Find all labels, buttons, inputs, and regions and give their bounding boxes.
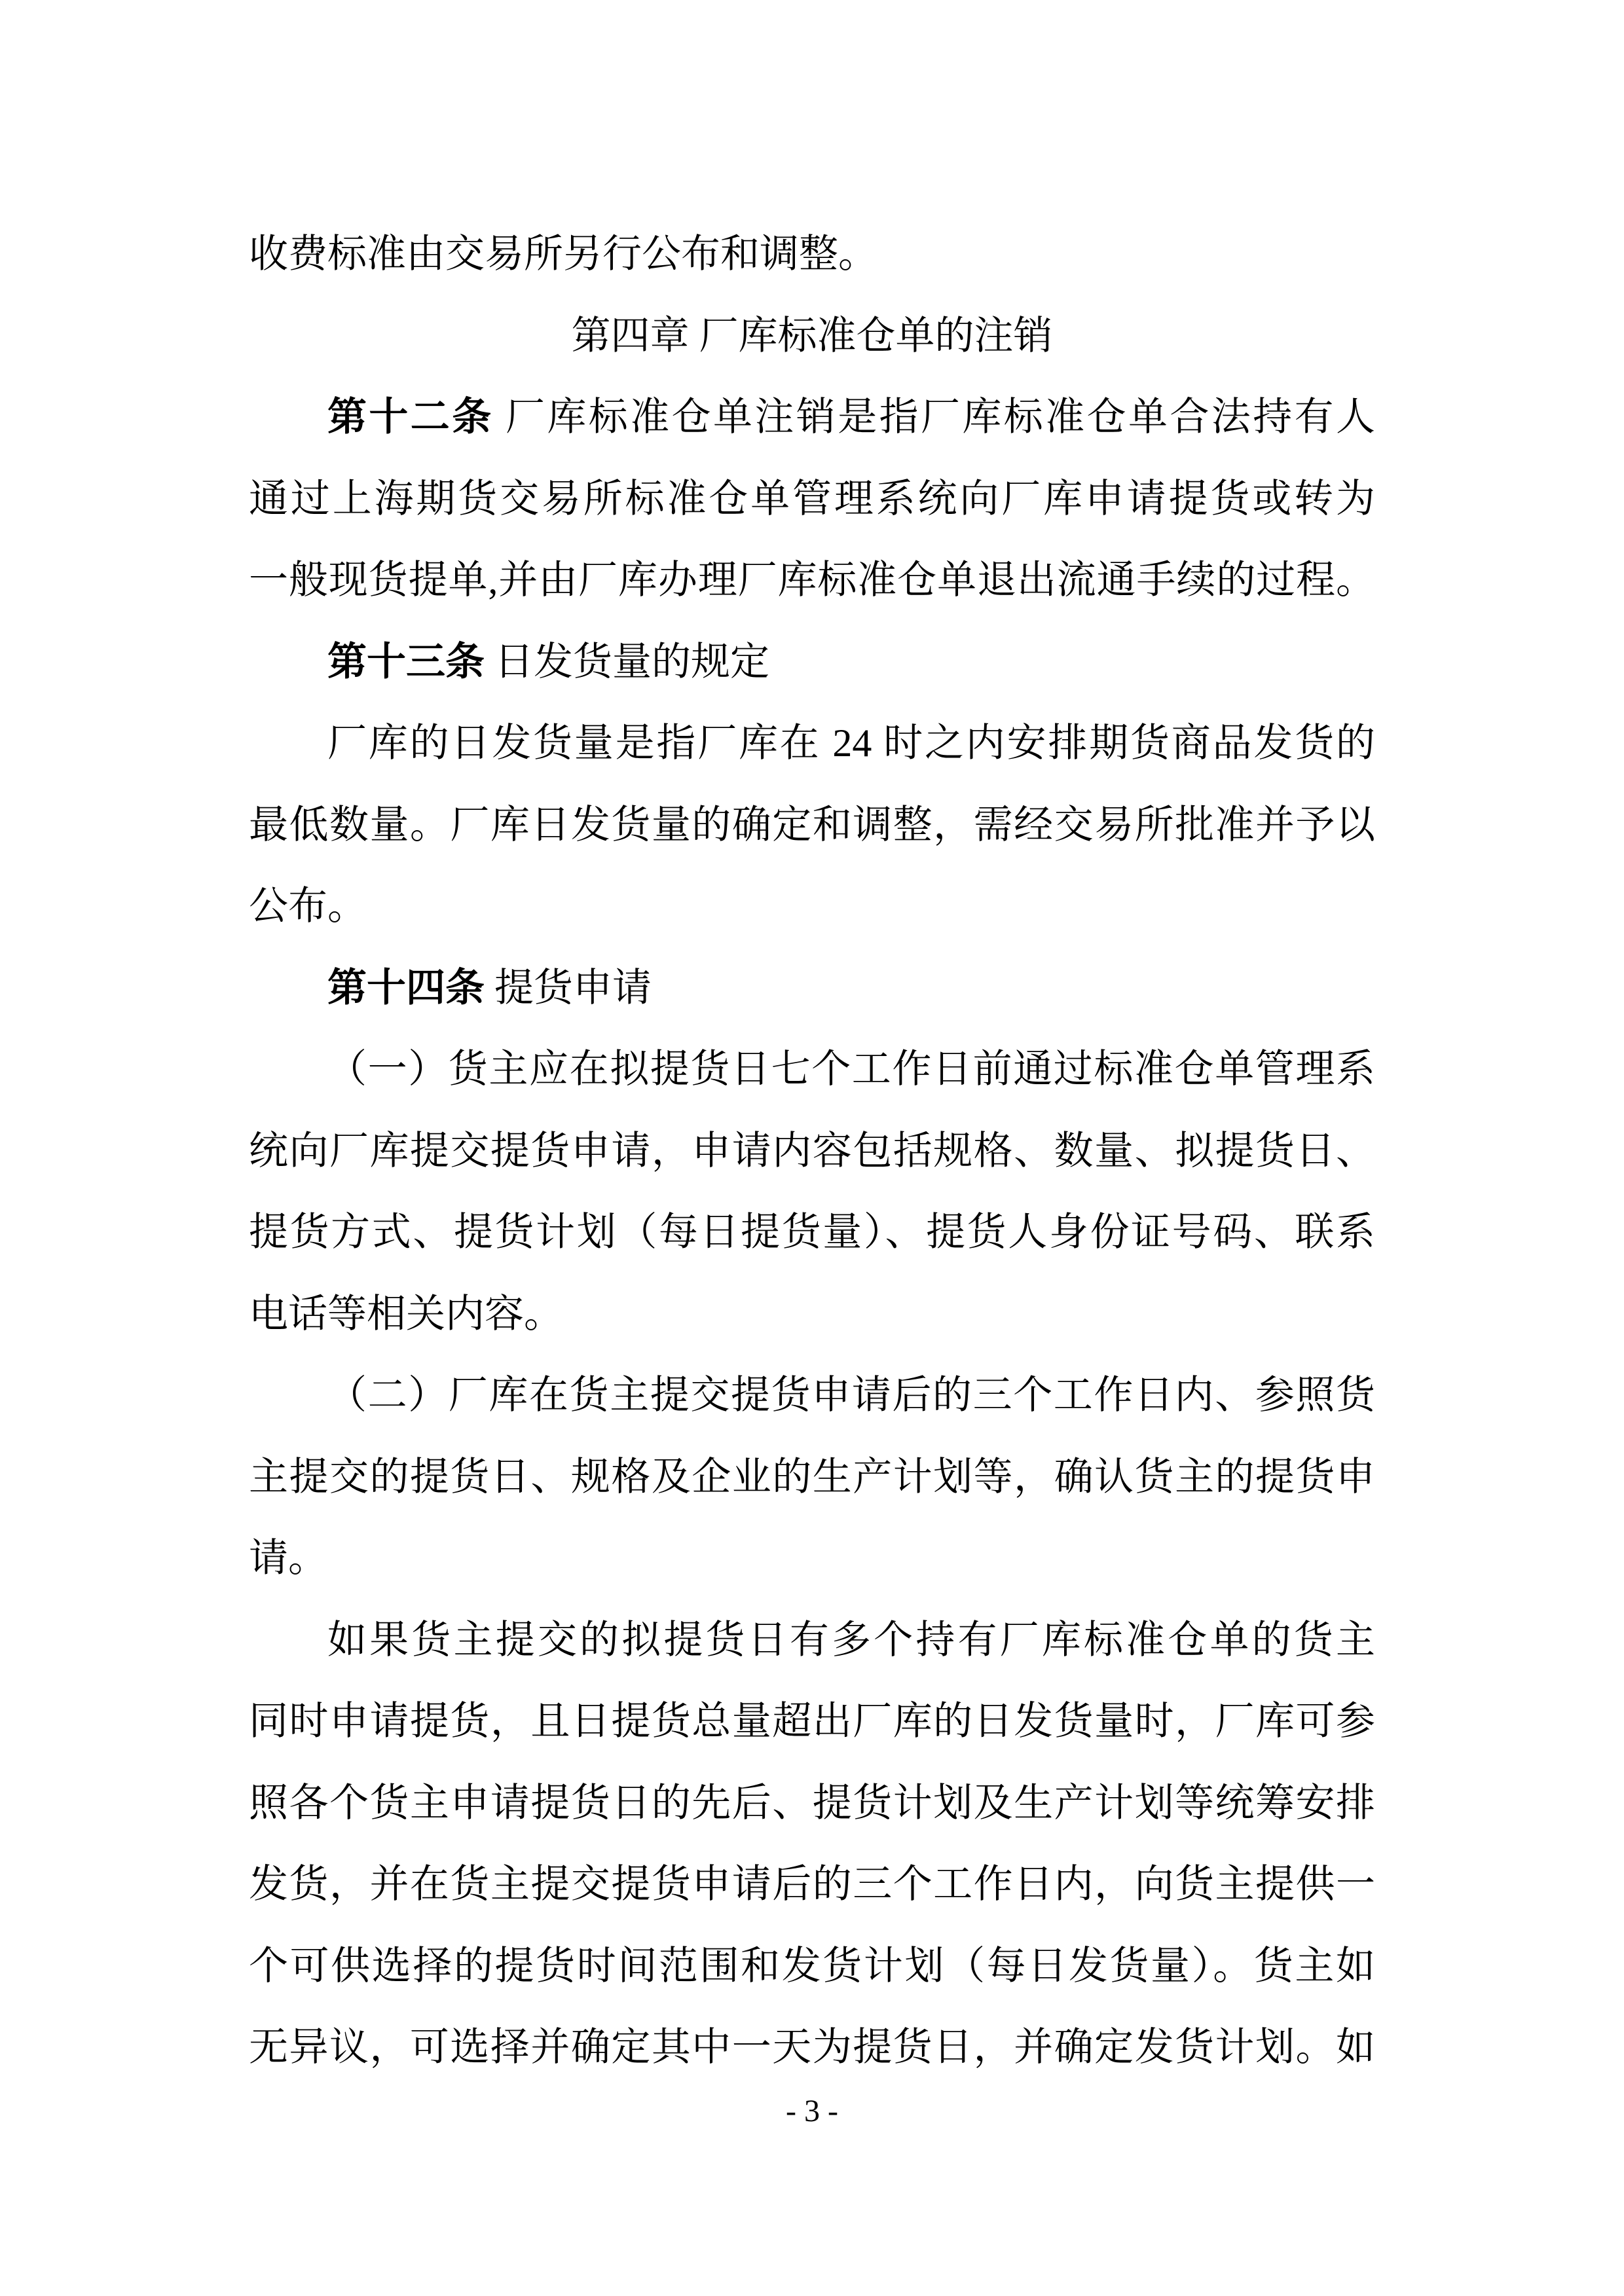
text-line: （一）货主应在拟提货日七个工作日前通过标准仓单管理系 <box>249 1029 1375 1110</box>
text-line: 同时申请提货，且日提货总量超出厂库的日发货量时，厂库可参 <box>249 1681 1375 1762</box>
line-text: 收费标准由交易所另行公布和调整。 <box>249 232 877 276</box>
text-line: 通过上海期货交易所标准仓单管理系统向厂库申请提货或转为 <box>249 458 1375 540</box>
text-line: 第十二条 厂库标准仓单注销是指厂库标准仓单合法持有人 <box>249 376 1375 458</box>
article-number: 第十三条 <box>327 640 485 683</box>
text-line: 如果货主提交的拟提货日有多个持有厂库标准仓单的货主 <box>249 1599 1375 1681</box>
document-body: 收费标准由交易所另行公布和调整。 第四章 厂库标准仓单的注销 第十二条 厂库标准… <box>249 213 1375 2088</box>
text-line: 第十三条 日发货量的规定 <box>249 621 1375 703</box>
text-line: 最低数量。厂库日发货量的确定和调整，需经交易所批准并予以 <box>249 784 1375 866</box>
line-text: 一般现货提单,并由厂库办理厂库标准仓单退出流通手续的过程。 <box>249 558 1375 602</box>
article-number: 第十二条 <box>327 395 494 439</box>
text-line: 厂库的日发货量是指厂库在 24 时之内安排期货商品发货的 <box>249 702 1375 784</box>
chapter-heading: 第四章 厂库标准仓单的注销 <box>249 295 1375 377</box>
text-line: 统向厂库提交提货申请，申请内容包括规格、数量、拟提货日、 <box>249 1110 1375 1192</box>
line-text: 个可供选择的提货时间范围和发货计划（每日发货量）。货主如 <box>249 1944 1375 1988</box>
line-text: 如果货主提交的拟提货日有多个持有厂库标准仓单的货主 <box>327 1618 1375 1662</box>
line-text: （二）厂库在货主提交提货申请后的三个工作日内、参照货 <box>327 1374 1375 1417</box>
line-text: 日发货量的规定 <box>485 640 769 683</box>
line-text: 同时申请提货，且日提货总量超出厂库的日发货量时，厂库可参 <box>249 1700 1375 1743</box>
text-line: 照各个货主申请提货日的先后、提货计划及生产计划等统筹安排 <box>249 1762 1375 1844</box>
line-text: 电话等相关内容。 <box>249 1292 563 1336</box>
chapter-heading-text: 第四章 厂库标准仓单的注销 <box>572 314 1053 357</box>
text-line: 无异议，可选择并确定其中一天为提货日，并确定发货计划。如 <box>249 2007 1375 2088</box>
line-text: 通过上海期货交易所标准仓单管理系统向厂库申请提货或转为 <box>249 477 1375 520</box>
line-text: 厂库的日发货量是指厂库在 24 时之内安排期货商品发货的 <box>327 721 1375 765</box>
line-text: 照各个货主申请提货日的先后、提货计划及生产计划等统筹安排 <box>249 1781 1375 1825</box>
text-line: 发货，并在货主提交提货申请后的三个工作日内，向货主提供一 <box>249 1844 1375 1925</box>
text-line: 一般现货提单,并由厂库办理厂库标准仓单退出流通手续的过程。 <box>249 539 1375 621</box>
text-line: 请。 <box>249 1518 1375 1599</box>
text-line: 第十四条 提货申请 <box>249 947 1375 1029</box>
line-text: 厂库标准仓单注销是指厂库标准仓单合法持有人 <box>494 395 1375 439</box>
page-number: - 3 - <box>0 2092 1624 2130</box>
text-line: 公布。 <box>249 866 1375 947</box>
line-text: 请。 <box>249 1537 327 1580</box>
document-page: 收费标准由交易所另行公布和调整。 第四章 厂库标准仓单的注销 第十二条 厂库标准… <box>0 0 1624 2296</box>
line-text: 无异议，可选择并确定其中一天为提货日，并确定发货计划。如 <box>249 2026 1375 2069</box>
line-text: 统向厂库提交提货申请，申请内容包括规格、数量、拟提货日、 <box>249 1129 1375 1173</box>
text-line: 收费标准由交易所另行公布和调整。 <box>249 213 1375 295</box>
line-text: （一）货主应在拟提货日七个工作日前通过标准仓单管理系 <box>327 1048 1375 1091</box>
text-line: 提货方式、提货计划（每日提货量）、提货人身份证号码、联系 <box>249 1192 1375 1273</box>
text-line: 主提交的提货日、规格及企业的生产计划等，确认货主的提货申 <box>249 1436 1375 1518</box>
text-line: 电话等相关内容。 <box>249 1273 1375 1355</box>
text-line: 个可供选择的提货时间范围和发货计划（每日发货量）。货主如 <box>249 1925 1375 2007</box>
line-text: 公布。 <box>249 884 367 928</box>
text-line: （二）厂库在货主提交提货申请后的三个工作日内、参照货 <box>249 1355 1375 1436</box>
line-text: 最低数量。厂库日发货量的确定和调整，需经交易所批准并予以 <box>249 803 1375 847</box>
line-text: 发货，并在货主提交提货申请后的三个工作日内，向货主提供一 <box>249 1863 1375 1906</box>
line-text: 主提交的提货日、规格及企业的生产计划等，确认货主的提货申 <box>249 1455 1375 1499</box>
line-text: 提货方式、提货计划（每日提货量）、提货人身份证号码、联系 <box>249 1211 1375 1254</box>
line-text: 提货申请 <box>485 966 652 1010</box>
article-number: 第十四条 <box>327 966 485 1010</box>
